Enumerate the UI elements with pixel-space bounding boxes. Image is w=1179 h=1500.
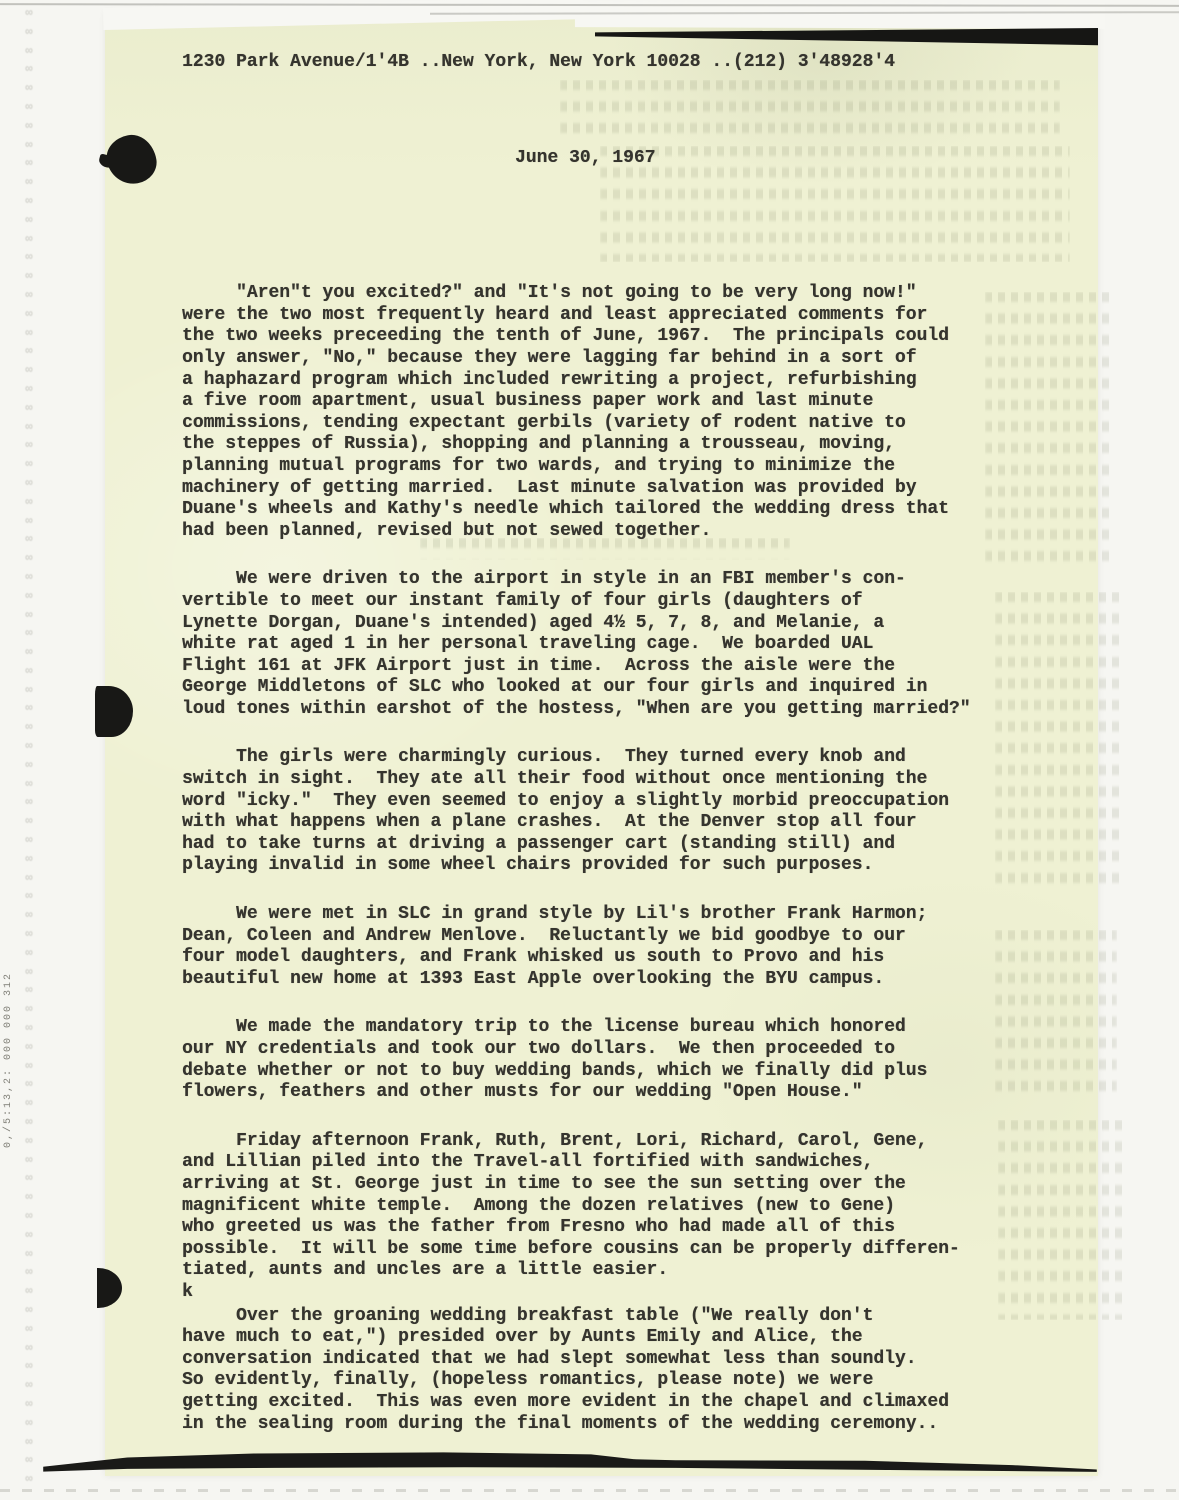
- letter-date: June 30, 1967: [182, 148, 1027, 170]
- bottom-perforation-line: [0, 1489, 1179, 1492]
- letter-paragraph: Over the groaning wedding breakfast tabl…: [182, 1306, 1027, 1436]
- letterhead-address: 1230 Park Avenue/1'4B ..New York, New Yo…: [182, 52, 1027, 74]
- scanned-letter-screenshot: { "document": { "address_line": "1230 Pa…: [0, 0, 1179, 1500]
- letter-paragraph: Friday afternoon Frank, Ruth, Brent, Lor…: [182, 1131, 1027, 1304]
- letter-paragraph: We made the mandatory trip to the licens…: [182, 1017, 1027, 1103]
- edge-stamp-text: 0,/5:13,2: 000 000 312: [3, 948, 19, 1148]
- letter-paragraph: "Aren"t you excited?" and "It's not goin…: [182, 283, 1027, 542]
- letter-body: "Aren"t you excited?" and "It's not goin…: [182, 283, 1027, 1435]
- letter-paragraph: We were met in SLC in grand style by Lil…: [182, 904, 1027, 990]
- letter-paragraph: We were driven to the airport in style i…: [182, 569, 1027, 720]
- perforation-edge-strip: ∞∞∞∞∞∞∞∞∞∞∞∞∞∞∞∞∞∞∞∞∞∞∞∞∞∞∞∞∞∞∞∞∞∞∞∞∞∞∞∞…: [12, 4, 46, 1496]
- letter-paragraph: The girls were charmingly curious. They …: [182, 747, 1027, 877]
- letter-content: 1230 Park Avenue/1'4B ..New York, New Yo…: [182, 12, 1027, 1435]
